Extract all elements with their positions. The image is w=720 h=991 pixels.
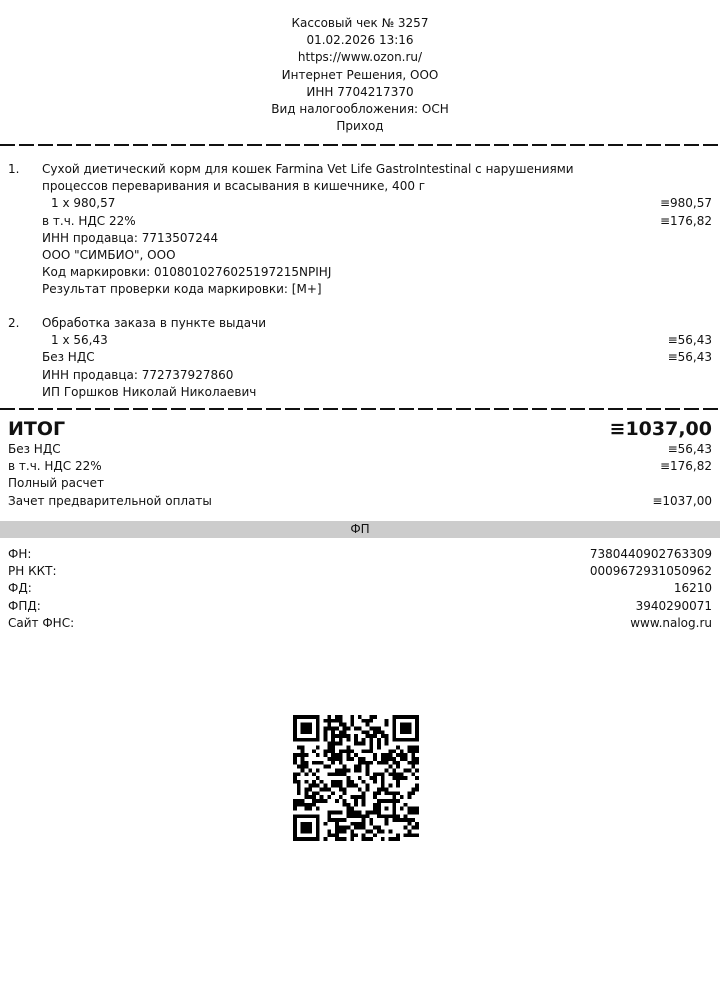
item-quantity: 1 x 56,43 xyxy=(51,333,108,347)
seller-name: ИП Горшков Николай Николаевич xyxy=(42,385,256,399)
item-vat-label: в т.ч. НДС 22% xyxy=(42,214,136,228)
fiscal-row: ФД: 16210 xyxy=(0,580,720,597)
fp-label: ФП xyxy=(350,522,369,536)
fiscal-value: 3940290071 xyxy=(636,598,712,615)
fiscal-value: 7380440902763309 xyxy=(590,546,712,563)
store-url[interactable]: https://www.ozon.ru/ xyxy=(0,49,720,66)
item-vat-amount: ≡56,43 xyxy=(668,349,712,366)
fiscal-data: ФН: 7380440902763309 РН ККТ: 00096729310… xyxy=(0,546,720,632)
vat-label: в т.ч. НДС 22% xyxy=(8,459,102,473)
marking-check-result: Результат проверки кода маркировки: [М+] xyxy=(42,282,322,296)
divider xyxy=(0,408,720,410)
fiscal-label: ФПД: xyxy=(8,599,41,613)
fp-section-bar: ФП xyxy=(0,521,720,538)
seller-inn: ИНН продавца: 7713507244 xyxy=(42,231,218,245)
item-name-continued: процессов переваривания и всасывания в к… xyxy=(42,179,425,193)
item-quantity: 1 x 980,57 xyxy=(51,196,115,210)
total-label: ИТОГ xyxy=(8,418,65,440)
fiscal-row: ФПД: 3940290071 xyxy=(0,598,720,615)
fiscal-row: ФН: 7380440902763309 xyxy=(0,546,720,563)
fiscal-label: ФН: xyxy=(8,547,31,561)
payment-method: Полный расчет xyxy=(8,476,104,490)
fiscal-row: Сайт ФНС: www.nalog.ru xyxy=(0,615,720,632)
item-amount: ≡980,57 xyxy=(660,195,712,212)
prepayment-label: Зачет предварительной оплаты xyxy=(8,494,212,508)
no-vat-amount: ≡56,43 xyxy=(668,441,712,458)
fiscal-label: Сайт ФНС: xyxy=(8,616,74,630)
total-amount: ≡1037,00 xyxy=(610,417,712,441)
item-vat-label: Без НДС xyxy=(42,350,95,364)
fiscal-value: 0009672931050962 xyxy=(590,563,712,580)
receipt-item: 1. Сухой диетический корм для кошек Farm… xyxy=(0,161,720,299)
receipt-header: Кассовый чек № 3257 01.02.2026 13:16 htt… xyxy=(0,15,720,135)
item-name: Обработка заказа в пункте выдачи xyxy=(42,316,266,330)
fiscal-value[interactable]: www.nalog.ru xyxy=(630,615,712,632)
receipt-datetime: 01.02.2026 13:16 xyxy=(0,32,720,49)
item-name: Сухой диетический корм для кошек Farmina… xyxy=(42,162,574,176)
operation-type: Приход xyxy=(0,118,720,135)
qr-code-icon xyxy=(293,715,419,841)
seller-inn: ИНН продавца: 772737927860 xyxy=(42,368,233,382)
receipt-title: Кассовый чек № 3257 xyxy=(0,15,720,32)
fiscal-value: 16210 xyxy=(674,580,712,597)
company-inn: ИНН 7704217370 xyxy=(0,84,720,101)
item-amount: ≡56,43 xyxy=(668,332,712,349)
vat-amount: ≡176,82 xyxy=(660,458,712,475)
item-vat-amount: ≡176,82 xyxy=(660,213,712,230)
fiscal-label: ФД: xyxy=(8,581,32,595)
fiscal-label: РН ККТ: xyxy=(8,564,57,578)
fiscal-row: РН ККТ: 0009672931050962 xyxy=(0,563,720,580)
receipt-item: 2. Обработка заказа в пункте выдачи 1 x … xyxy=(0,315,720,401)
divider xyxy=(0,144,720,146)
no-vat-label: Без НДС xyxy=(8,442,61,456)
seller-name: ООО "СИМБИО", ООО xyxy=(42,248,176,262)
company-name: Интернет Решения, ООО xyxy=(0,67,720,84)
marking-code: Код маркировки: 0108010276025197215NPIHJ xyxy=(42,265,331,279)
prepayment-amount: ≡1037,00 xyxy=(652,493,712,510)
tax-system: Вид налогообложения: ОСН xyxy=(0,101,720,118)
totals-section: ИТОГ ≡1037,00 Без НДС ≡56,43 в т.ч. НДС … xyxy=(0,417,720,510)
